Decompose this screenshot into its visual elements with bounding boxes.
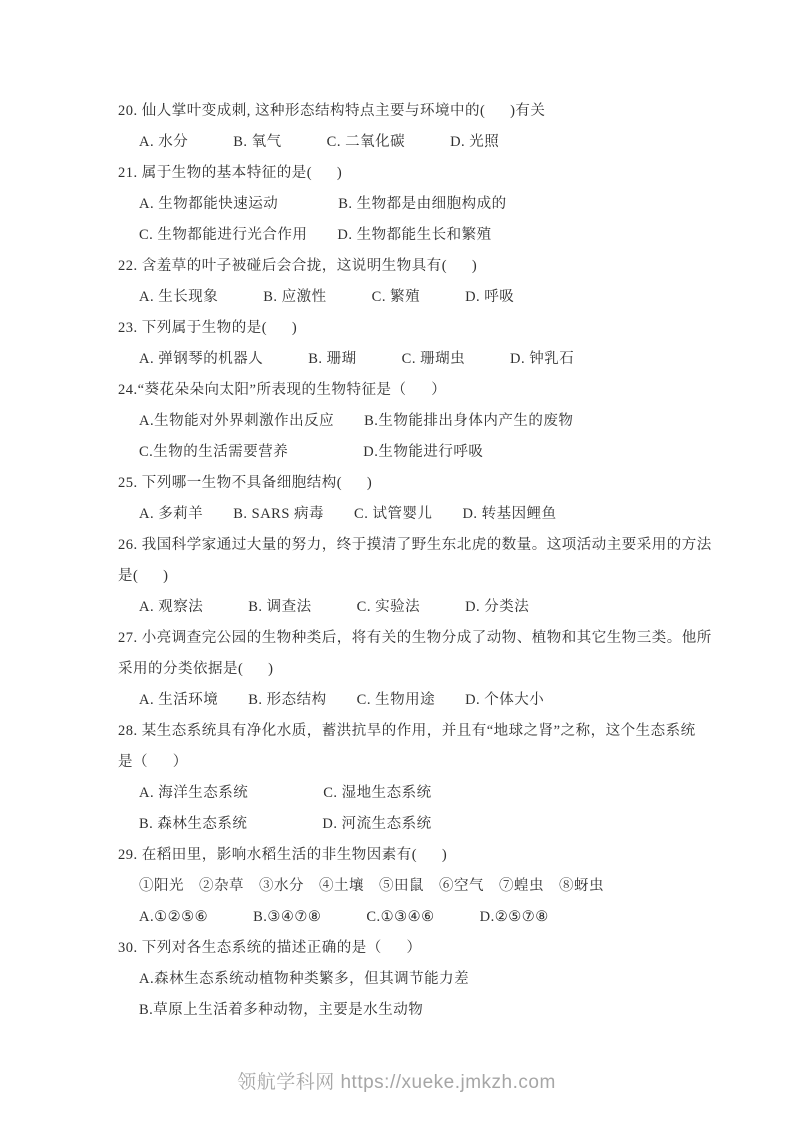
watermark: 领航学科网 https://xueke.jmkzh.com	[0, 1067, 793, 1094]
q28-options-ac: A. 海洋生态系统 C. 湿地生态系统	[118, 778, 713, 809]
q30-option-b: B.草原上生活着多种动物，主要是水生动物	[118, 995, 713, 1026]
exam-page: 20. 仙人掌叶变成刺, 这种形态结构特点主要与环境中的( )有关 A. 水分 …	[0, 0, 793, 1122]
question-28: 28. 某生态系统具有净化水质，蓄洪抗旱的作用，并且有“地球之肾”之称，这个生态…	[118, 716, 713, 840]
q26-options: A. 观察法 B. 调查法 C. 实验法 D. 分类法	[118, 592, 713, 623]
q25-options: A. 多莉羊 B. SARS 病毒 C. 试管婴儿 D. 转基因鲤鱼	[118, 499, 713, 530]
question-20: 20. 仙人掌叶变成刺, 这种形态结构特点主要与环境中的( )有关 A. 水分 …	[118, 96, 713, 158]
question-30: 30. 下列对各生态系统的描述正确的是（ ） A.森林生态系统动植物种类繁多，但…	[118, 933, 713, 1026]
q25-stem: 25. 下列哪一生物不具备细胞结构( )	[118, 468, 713, 499]
q24-stem: 24.“葵花朵朵向太阳”所表现的生物特征是（ ）	[118, 375, 713, 406]
q23-options: A. 弹钢琴的机器人 B. 珊瑚 C. 珊瑚虫 D. 钟乳石	[118, 344, 713, 375]
question-23: 23. 下列属于生物的是( ) A. 弹钢琴的机器人 B. 珊瑚 C. 珊瑚虫 …	[118, 313, 713, 375]
q21-options-ab: A. 生物都能快速运动 B. 生物都是由细胞构成的	[118, 189, 713, 220]
q29-items: ①阳光 ②杂草 ③水分 ④土壤 ⑤田鼠 ⑥空气 ⑦蝗虫 ⑧蚜虫	[118, 871, 713, 902]
watermark-text: 领航学科网 https://xueke.jmkzh.com	[237, 1072, 556, 1093]
q29-stem: 29. 在稻田里，影响水稻生活的非生物因素有( )	[118, 840, 713, 871]
q28-stem: 28. 某生态系统具有净化水质，蓄洪抗旱的作用，并且有“地球之肾”之称，这个生态…	[118, 716, 713, 747]
q21-stem: 21. 属于生物的基本特征的是( )	[118, 158, 713, 189]
q26-stem: 26. 我国科学家通过大量的努力，终于摸清了野生东北虎的数量。这项活动主要采用的…	[118, 530, 713, 561]
q27-stem: 27. 小亮调查完公园的生物种类后，将有关的生物分成了动物、植物和其它生物三类。…	[118, 623, 713, 654]
q20-options: A. 水分 B. 氧气 C. 二氧化碳 D. 光照	[118, 127, 713, 158]
question-24: 24.“葵花朵朵向太阳”所表现的生物特征是（ ） A.生物能对外界刺激作出反应 …	[118, 375, 713, 468]
q28-stem-cont: 是（ ）	[118, 747, 713, 778]
question-26: 26. 我国科学家通过大量的努力，终于摸清了野生东北虎的数量。这项活动主要采用的…	[118, 530, 713, 623]
q20-stem: 20. 仙人掌叶变成刺, 这种形态结构特点主要与环境中的( )有关	[118, 96, 713, 127]
q28-options-bd: B. 森林生态系统 D. 河流生态系统	[118, 809, 713, 840]
question-21: 21. 属于生物的基本特征的是( ) A. 生物都能快速运动 B. 生物都是由细…	[118, 158, 713, 251]
question-25: 25. 下列哪一生物不具备细胞结构( ) A. 多莉羊 B. SARS 病毒 C…	[118, 468, 713, 530]
q30-option-a: A.森林生态系统动植物种类繁多，但其调节能力差	[118, 964, 713, 995]
q29-options: A.①②⑤⑥ B.③④⑦⑧ C.①③④⑥ D.②⑤⑦⑧	[118, 902, 713, 933]
question-27: 27. 小亮调查完公园的生物种类后，将有关的生物分成了动物、植物和其它生物三类。…	[118, 623, 713, 716]
q22-stem: 22. 含羞草的叶子被碰后会合拢，这说明生物具有( )	[118, 251, 713, 282]
q21-options-cd: C. 生物都能进行光合作用 D. 生物都能生长和繁殖	[118, 220, 713, 251]
q30-stem: 30. 下列对各生态系统的描述正确的是（ ）	[118, 933, 713, 964]
question-22: 22. 含羞草的叶子被碰后会合拢，这说明生物具有( ) A. 生长现象 B. 应…	[118, 251, 713, 313]
q27-stem-cont: 采用的分类依据是( )	[118, 654, 713, 685]
q22-options: A. 生长现象 B. 应激性 C. 繁殖 D. 呼吸	[118, 282, 713, 313]
q24-options-ab: A.生物能对外界刺激作出反应 B.生物能排出身体内产生的废物	[118, 406, 713, 437]
q23-stem: 23. 下列属于生物的是( )	[118, 313, 713, 344]
q24-options-cd: C.生物的生活需要营养 D.生物能进行呼吸	[118, 437, 713, 468]
exam-questions: 20. 仙人掌叶变成刺, 这种形态结构特点主要与环境中的( )有关 A. 水分 …	[118, 96, 713, 1026]
question-29: 29. 在稻田里，影响水稻生活的非生物因素有( ) ①阳光 ②杂草 ③水分 ④土…	[118, 840, 713, 933]
q26-stem-cont: 是( )	[118, 561, 713, 592]
q27-options: A. 生活环境 B. 形态结构 C. 生物用途 D. 个体大小	[118, 685, 713, 716]
